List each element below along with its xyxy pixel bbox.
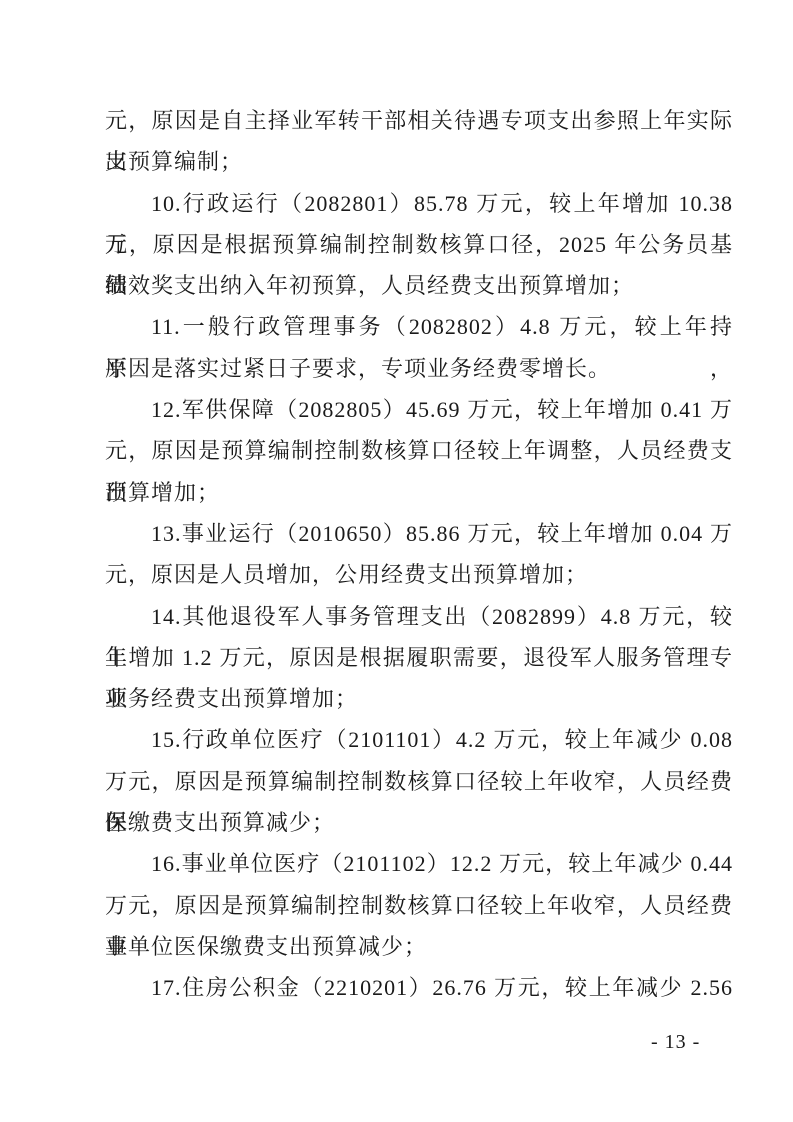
item-16-institution-unit-medical: 16.事业单位医疗（2101102）12.2 万元，较上年减少 0.44万元，原…	[105, 843, 733, 967]
text-line: 业单位医保缴费支出预算减少；	[105, 926, 733, 967]
text-line: 16.事业单位医疗（2101102）12.2 万元，较上年减少 0.44	[105, 843, 733, 884]
text-line: 万元，原因是预算编制控制数核算口径较上年收窄，人员经费事	[105, 885, 733, 926]
item-10-administrative-operation: 10.行政运行（2082801）85.78 万元，较上年增加 10.38 万元，…	[105, 183, 733, 307]
item-14-other-veterans-affairs-management: 14.其他退役军人事务管理支出（2082899）4.8 万元，较上年增加 1.2…	[105, 596, 733, 720]
text-line: 元，原因是预算编制控制数核算口径较上年调整，人员经费支出	[105, 430, 733, 471]
text-line: 12.军供保障（2082805）45.69 万元，较上年增加 0.41 万	[105, 389, 733, 430]
text-line: 万元，原因是预算编制控制数核算口径较上年收窄，人员经费医	[105, 761, 733, 802]
text-line: 元，原因是根据预算编制控制数核算口径，2025 年公务员基础	[105, 224, 733, 265]
text-line: 出预算编制；	[105, 141, 733, 182]
text-line: 17.住房公积金（2210201）26.76 万元，较上年减少 2.56	[105, 967, 733, 1008]
item-15-administrative-unit-medical: 15.行政单位医疗（2101101）4.2 万元，较上年减少 0.08万元，原因…	[105, 719, 733, 843]
item-17-housing-provident-fund: 17.住房公积金（2210201）26.76 万元，较上年减少 2.56	[105, 967, 733, 1008]
item-12-military-supply-support: 12.军供保障（2082805）45.69 万元，较上年增加 0.41 万元，原…	[105, 389, 733, 513]
text-line: 元，原因是自主择业军转干部相关待遇专项支出参照上年实际支	[105, 100, 733, 141]
text-line: 11.一般行政管理事务（2082802）4.8 万元，较上年持平，	[105, 306, 733, 347]
text-line: 保缴费支出预算减少；	[105, 802, 733, 843]
item-11-general-administrative-affairs: 11.一般行政管理事务（2082802）4.8 万元，较上年持平，原因是落实过紧…	[105, 306, 733, 389]
text-line: 元，原因是人员增加，公用经费支出预算增加；	[105, 554, 733, 595]
page-number: - 13 -	[651, 1032, 700, 1052]
text-line: 13.事业运行（2010650）85.86 万元，较上年增加 0.04 万	[105, 513, 733, 554]
document-body: 元，原因是自主择业军转干部相关待遇专项支出参照上年实际支出预算编制；10.行政运…	[105, 100, 733, 1009]
text-line: 14.其他退役军人事务管理支出（2082899）4.8 万元，较上	[105, 596, 733, 637]
item-9-continuation: 元，原因是自主择业军转干部相关待遇专项支出参照上年实际支出预算编制；	[105, 100, 733, 183]
text-line: 10.行政运行（2082801）85.78 万元，较上年增加 10.38 万	[105, 183, 733, 224]
text-line: 绩效奖支出纳入年初预算，人员经费支出预算增加；	[105, 265, 733, 306]
item-13-institution-operation: 13.事业运行（2010650）85.86 万元，较上年增加 0.04 万元，原…	[105, 513, 733, 596]
text-line: 年增加 1.2 万元，原因是根据履职需要，退役军人服务管理专项	[105, 637, 733, 678]
text-line: 预算增加；	[105, 472, 733, 513]
text-line: 15.行政单位医疗（2101101）4.2 万元，较上年减少 0.08	[105, 719, 733, 760]
document-page: 元，原因是自主择业军转干部相关待遇专项支出参照上年实际支出预算编制；10.行政运…	[0, 0, 793, 1122]
text-line: 业务经费支出预算增加；	[105, 678, 733, 719]
